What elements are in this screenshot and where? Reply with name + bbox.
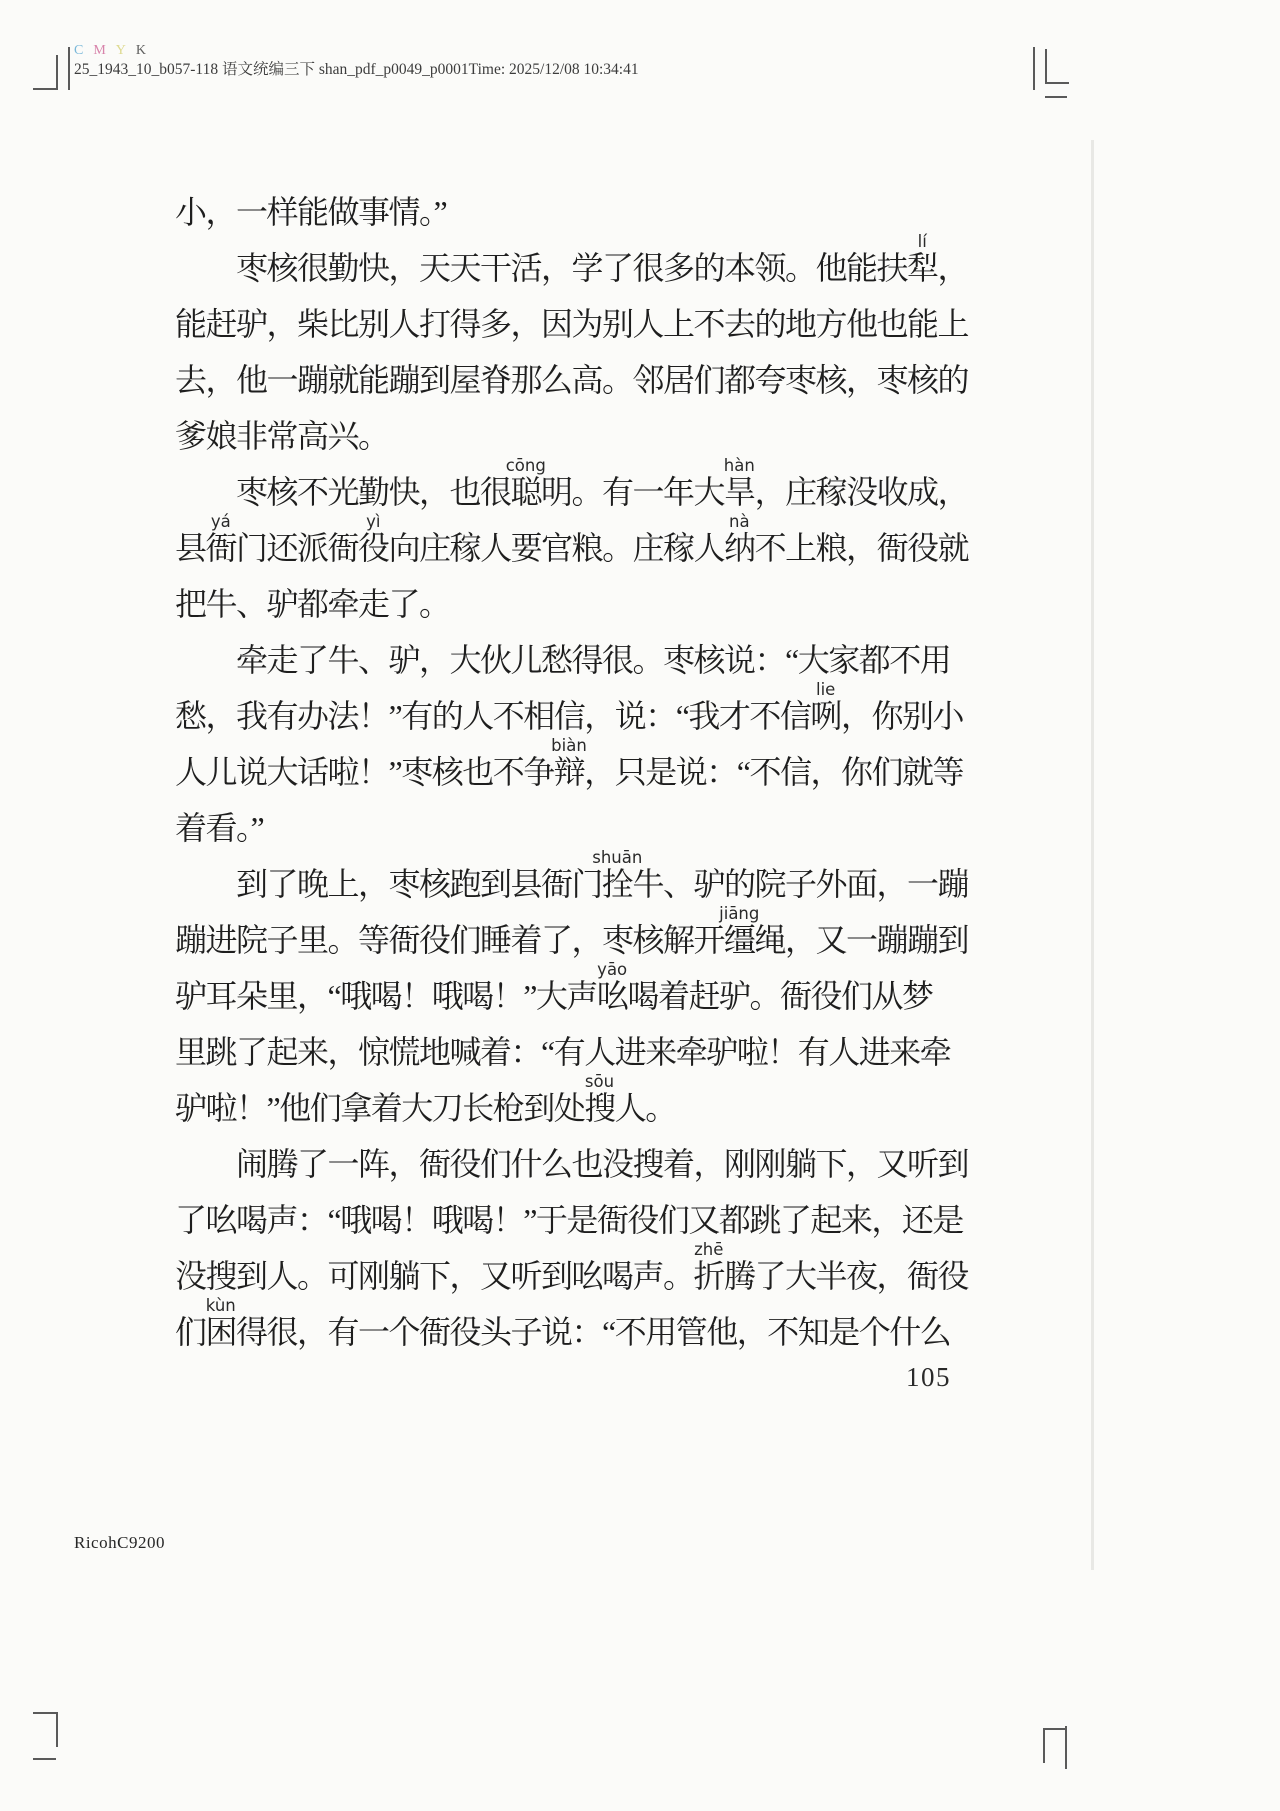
crop-mark-bottom-right — [1043, 1728, 1067, 1763]
text-run: 得很，有一个衙役头子说：“不用管他，不知是个什么 — [236, 1314, 950, 1351]
char-text: 小，一样能做事情。” — [175, 194, 446, 230]
char-text: 把牛、驴都牵走了。 — [175, 586, 450, 622]
char-text: 搜 — [584, 1090, 615, 1126]
char-text: 吆 — [597, 978, 628, 1014]
text-run: 驴耳朵里，“哦喝！哦喝！”大声 — [175, 978, 597, 1015]
annotated-char: lí犁 — [907, 250, 938, 287]
text-run: 着看。” — [175, 810, 263, 847]
crop-mark-top-right — [1045, 49, 1069, 84]
char-text: 衙 — [206, 530, 237, 566]
char-text: 役 — [358, 530, 389, 566]
print-info: 25_1943_10_b057-118 语文统编三下 shan_pdf_p004… — [74, 60, 639, 79]
char-text: 去，他一蹦就能蹦到屋脊那么高。邻居们都夸枣核，枣核的 — [175, 362, 968, 398]
char-text: 里跳了起来，惊慌地喊着：“有人进来牵驴啦！有人进来牵 — [175, 1034, 950, 1070]
char-text: 喝着赶驴。衙役们从梦 — [627, 978, 932, 1014]
char-text: 们 — [175, 1314, 206, 1350]
text-line: 着看。” — [175, 800, 981, 856]
annotated-char: biàn辩 — [554, 754, 585, 791]
text-run: ，你别小 — [841, 698, 963, 735]
text-line: 了吆喝声：“哦喝！哦喝！”于是衙役们又都跳了起来，还是 — [175, 1192, 981, 1248]
char-text: 能赶驴，柴比别人打得多，因为别人上不去的地方他也能上 — [175, 306, 968, 342]
annotated-char: shuān拴 — [602, 866, 633, 903]
pinyin-annotation: kùn — [206, 1298, 236, 1315]
crop-mark-bottom-left — [33, 1712, 58, 1747]
pinyin-annotation: cōng — [506, 458, 546, 475]
text-run: ，庄稼没收成， — [755, 474, 969, 511]
char-text: 缰 — [724, 922, 755, 958]
pinyin-annotation: yāo — [597, 962, 627, 979]
char-text: 犁 — [907, 250, 938, 286]
pinyin-annotation: shuān — [592, 850, 642, 867]
char-text: 牛、驴的院子外面，一蹦 — [633, 866, 969, 902]
text-run: 了吆喝声：“哦喝！哦喝！”于是衙役们又都跳了起来，还是 — [175, 1202, 963, 1239]
char-text: ， — [938, 250, 969, 286]
pinyin-annotation: zhē — [694, 1242, 723, 1259]
pinyin-annotation: lí — [918, 234, 927, 251]
pinyin-annotation: biàn — [551, 738, 587, 755]
pinyin-annotation: hàn — [724, 458, 755, 475]
cmyk-letter: M — [93, 43, 106, 58]
text-run: 人儿说大话啦！”枣核也不争 — [175, 754, 554, 791]
text-run: 能赶驴，柴比别人打得多，因为别人上不去的地方他也能上 — [175, 306, 968, 343]
text-run: 把牛、驴都牵走了。 — [175, 586, 450, 623]
text-run: 牵走了牛、驴，大伙儿愁得很。枣核说：“大家都不用 — [236, 642, 950, 679]
cmyk-letter: Y — [116, 43, 127, 58]
text-run: 驴啦！”他们拿着大刀长枪到处 — [175, 1090, 584, 1127]
text-line: 里跳了起来，惊慌地喊着：“有人进来牵驴啦！有人进来牵 — [175, 1024, 981, 1080]
cmyk-letter: C — [74, 43, 84, 58]
char-text: 拴 — [602, 866, 633, 902]
text-run: 没搜到人。可刚躺下，又听到吆喝声。 — [175, 1258, 694, 1295]
page-number: 105 — [906, 1362, 951, 1392]
char-text: 蹦进院子里。等衙役们睡着了，枣核解开 — [175, 922, 724, 958]
page-text: 小，一样能做事情。”枣核很勤快，天天干活，学了很多的本领。他能扶lí犁，能赶驴，… — [175, 184, 981, 1360]
char-text: 闹腾了一阵，衙役们什么也没搜着，刚刚躺下，又听到 — [236, 1146, 968, 1182]
text-line: 小，一样能做事情。” — [175, 184, 981, 240]
char-text: 人儿说大话啦！”枣核也不争 — [175, 754, 554, 790]
text-run: 明。有一年大 — [541, 474, 724, 511]
char-text: 到了晚上，枣核跑到县衙门 — [236, 866, 602, 902]
text-run: 枣核很勤快，天天干活，学了很多的本领。他能扶 — [236, 250, 907, 287]
text-line: 去，他一蹦就能蹦到屋脊那么高。邻居们都夸枣核，枣核的 — [175, 352, 981, 408]
text-run: 腾了大半夜，衙役 — [724, 1258, 968, 1295]
text-run: 愁，我有办法！”有的人不相信，说：“我才不信 — [175, 698, 810, 735]
text-line: 驴啦！”他们拿着大刀长枪到处sōu搜人。 — [175, 1080, 981, 1136]
text-run: 绳，又一蹦蹦到 — [755, 922, 969, 959]
text-run: 枣核不光勤快，也很 — [236, 474, 511, 511]
text-run: 们 — [175, 1314, 206, 1351]
text-run: 喝着赶驴。衙役们从梦 — [627, 978, 932, 1015]
text-run: 里跳了起来，惊慌地喊着：“有人进来牵驴啦！有人进来牵 — [175, 1034, 950, 1071]
annotated-char: kùn困 — [206, 1314, 237, 1351]
crop-mark-top-right-bar — [1033, 47, 1035, 90]
char-text: 困 — [206, 1314, 237, 1350]
scan-edge-shadow — [1091, 140, 1094, 1570]
char-text: 纳 — [724, 530, 755, 566]
pinyin-annotation: yá — [211, 514, 231, 531]
annotated-char: hàn旱 — [724, 474, 755, 511]
text-run: 牛、驴的院子外面，一蹦 — [633, 866, 969, 903]
char-text: 驴耳朵里，“哦喝！哦喝！”大声 — [175, 978, 597, 1014]
char-text: 驴啦！”他们拿着大刀长枪到处 — [175, 1090, 584, 1126]
char-text: ，庄稼没收成， — [755, 474, 969, 510]
crop-mark-bottom-right-bar — [1065, 1726, 1067, 1769]
text-line: 蹦进院子里。等衙役们睡着了，枣核解开jiāng缰绳，又一蹦蹦到 — [175, 912, 981, 968]
scanned-page: CMYK 25_1943_10_b057-118 语文统编三下 shan_pdf… — [0, 0, 1280, 1811]
annotated-char: sōu搜 — [584, 1090, 615, 1127]
text-run: 向庄稼人要官粮。庄稼人 — [389, 530, 725, 567]
cmyk-letter: K — [136, 43, 147, 58]
char-text: 得很，有一个衙役头子说：“不用管他，不知是个什么 — [236, 1314, 950, 1350]
char-text: ，你别小 — [841, 698, 963, 734]
text-line: 县yá衙门还派衙yì役向庄稼人要官粮。庄稼人nà纳不上粮，衙役就 — [175, 520, 981, 576]
char-text: 没搜到人。可刚躺下，又听到吆喝声。 — [175, 1258, 694, 1294]
char-text: 辩 — [554, 754, 585, 790]
crop-mark-top-left-bar — [68, 47, 70, 90]
char-text: 向庄稼人要官粮。庄稼人 — [389, 530, 725, 566]
char-text: 门还派衙 — [236, 530, 358, 566]
char-text: 枣核不光勤快，也很 — [236, 474, 511, 510]
char-text: 人。 — [615, 1090, 676, 1126]
text-line: 没搜到人。可刚躺下，又听到吆喝声。zhē折腾了大半夜，衙役 — [175, 1248, 981, 1304]
printer-label: RicohC9200 — [74, 1533, 165, 1553]
crop-mark-top-right-dash — [1045, 96, 1067, 98]
text-line: 爹娘非常高兴。 — [175, 408, 981, 464]
char-text: 腾了大半夜，衙役 — [724, 1258, 968, 1294]
text-run: ，只是说：“不信，你们就等 — [584, 754, 963, 791]
text-line: 枣核很勤快，天天干活，学了很多的本领。他能扶lí犁， — [175, 240, 981, 296]
annotated-char: zhē折 — [694, 1258, 725, 1295]
text-run: ， — [938, 250, 969, 287]
char-text: 愁，我有办法！”有的人不相信，说：“我才不信 — [175, 698, 810, 734]
text-line: 人儿说大话啦！”枣核也不争biàn辩，只是说：“不信，你们就等 — [175, 744, 981, 800]
char-text: 聪 — [511, 474, 542, 510]
text-run: 人。 — [615, 1090, 676, 1127]
char-text: 旱 — [724, 474, 755, 510]
char-text: 咧 — [810, 698, 841, 734]
annotated-char: nà纳 — [724, 530, 755, 567]
text-run: 闹腾了一阵，衙役们什么也没搜着，刚刚躺下，又听到 — [236, 1146, 968, 1183]
text-run: 小，一样能做事情。” — [175, 194, 446, 231]
char-text: ，只是说：“不信，你们就等 — [584, 754, 963, 790]
text-line: 们kùn困得很，有一个衙役头子说：“不用管他，不知是个什么 — [175, 1304, 981, 1360]
text-run: 到了晚上，枣核跑到县衙门 — [236, 866, 602, 903]
pinyin-annotation: jiāng — [719, 906, 759, 923]
char-text: 爹娘非常高兴。 — [175, 418, 389, 454]
annotated-char: jiāng缰 — [724, 922, 755, 959]
crop-mark-bottom-left-dash — [33, 1758, 56, 1760]
text-run: 去，他一蹦就能蹦到屋脊那么高。邻居们都夸枣核，枣核的 — [175, 362, 968, 399]
text-line: 闹腾了一阵，衙役们什么也没搜着，刚刚躺下，又听到 — [175, 1136, 981, 1192]
annotated-char: lie咧 — [810, 698, 841, 735]
text-run: 不上粮，衙役就 — [755, 530, 969, 567]
pinyin-annotation: sōu — [585, 1074, 614, 1091]
text-run: 县 — [175, 530, 206, 567]
char-text: 不上粮，衙役就 — [755, 530, 969, 566]
text-run: 蹦进院子里。等衙役们睡着了，枣核解开 — [175, 922, 724, 959]
annotated-char: cōng聪 — [511, 474, 542, 511]
pinyin-annotation: nà — [729, 514, 750, 531]
print-header: CMYK 25_1943_10_b057-118 语文统编三下 shan_pdf… — [74, 44, 639, 79]
annotated-char: yì役 — [358, 530, 389, 567]
text-run: 门还派衙 — [236, 530, 358, 567]
char-text: 牵走了牛、驴，大伙儿愁得很。枣核说：“大家都不用 — [236, 642, 950, 678]
crop-mark-top-left — [33, 55, 58, 90]
text-line: 能赶驴，柴比别人打得多，因为别人上不去的地方他也能上 — [175, 296, 981, 352]
text-run: 爹娘非常高兴。 — [175, 418, 389, 455]
text-line: 牵走了牛、驴，大伙儿愁得很。枣核说：“大家都不用 — [175, 632, 981, 688]
text-line: 把牛、驴都牵走了。 — [175, 576, 981, 632]
pinyin-annotation: yì — [366, 514, 380, 531]
annotated-char: yāo吆 — [597, 978, 628, 1015]
pinyin-annotation: lie — [816, 682, 835, 699]
text-line: 到了晚上，枣核跑到县衙门shuān拴牛、驴的院子外面，一蹦 — [175, 856, 981, 912]
char-text: 着看。” — [175, 810, 263, 846]
cmyk-label: CMYK — [74, 44, 639, 58]
char-text: 县 — [175, 530, 206, 566]
char-text: 了吆喝声：“哦喝！哦喝！”于是衙役们又都跳了起来，还是 — [175, 1202, 963, 1238]
text-line: 枣核不光勤快，也很cōng聪明。有一年大hàn旱，庄稼没收成， — [175, 464, 981, 520]
char-text: 明。有一年大 — [541, 474, 724, 510]
text-line: 驴耳朵里，“哦喝！哦喝！”大声yāo吆喝着赶驴。衙役们从梦 — [175, 968, 981, 1024]
char-text: 绳，又一蹦蹦到 — [755, 922, 969, 958]
char-text: 枣核很勤快，天天干活，学了很多的本领。他能扶 — [236, 250, 907, 286]
char-text: 折 — [694, 1258, 725, 1294]
annotated-char: yá衙 — [206, 530, 237, 567]
